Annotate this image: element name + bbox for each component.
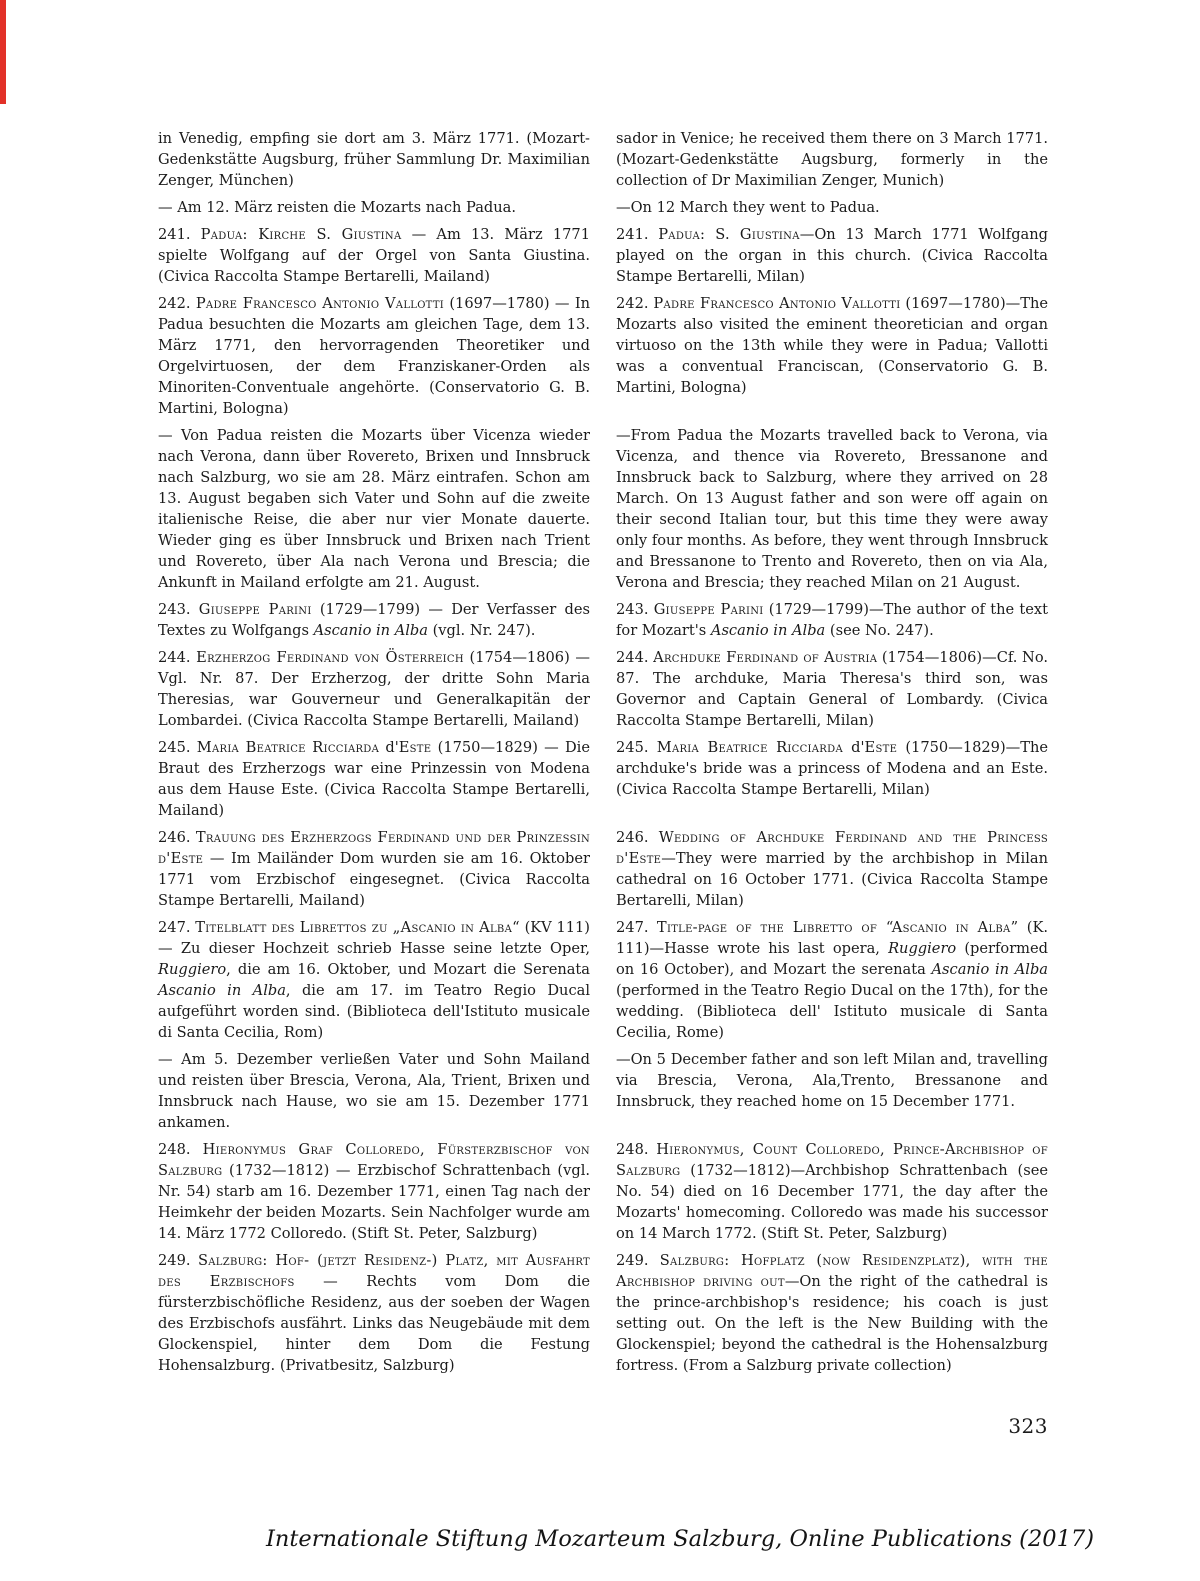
- text-entry: sador in Venice; he received them there …: [616, 128, 1048, 191]
- small-caps-text: Giuseppe Parini: [199, 601, 312, 618]
- body-text: 242.: [158, 295, 196, 312]
- italic-text: Ruggiero: [888, 940, 956, 957]
- text-entry: 243. Giuseppe Parini (1729—1799)—The aut…: [616, 599, 1048, 641]
- entry-row: 249. Salzburg: Hof- (jetzt Residenz-) Pl…: [158, 1250, 1048, 1376]
- body-text: 241.: [158, 226, 201, 243]
- text-entry: 243. Giuseppe Parini (1729—1799) — Der V…: [158, 599, 590, 641]
- small-caps-text: Este: [865, 739, 898, 756]
- red-edge-mark: [0, 0, 6, 104]
- body-text: —From Padua the Mozarts travelled back t…: [616, 427, 1048, 591]
- entry-row: 242. Padre Francesco Antonio Vallotti (1…: [158, 293, 1048, 419]
- small-caps-text: Padre Francesco Antonio Vallotti: [196, 295, 444, 312]
- text-entry: 241. Padua: S. Giustina—On 13 March 1771…: [616, 224, 1048, 287]
- body-text: 245.: [616, 739, 657, 756]
- entry-row: 246. Trauung des Erzherzogs Ferdinand un…: [158, 827, 1048, 911]
- text-entry: 242. Padre Francesco Antonio Vallotti (1…: [158, 293, 590, 419]
- text-entry: —From Padua the Mozarts travelled back t…: [616, 425, 1048, 593]
- body-text: 245.: [158, 739, 197, 756]
- entry-row: 243. Giuseppe Parini (1729—1799) — Der V…: [158, 599, 1048, 641]
- entry-cell-german: 241. Padua: Kirche S. Giustina — Am 13. …: [158, 224, 590, 287]
- body-text: 246.: [616, 829, 659, 846]
- body-text: 248.: [616, 1141, 656, 1158]
- body-text: (vgl. Nr. 247).: [428, 622, 535, 639]
- small-caps-text: Maria Beatrice Ricciarda: [197, 739, 379, 756]
- text-entry: in Venedig, empfing sie dort am 3. März …: [158, 128, 590, 191]
- italic-text: Ascanio in Alba: [314, 622, 428, 639]
- entry-cell-german: — Von Padua reisten die Mozarts über Vic…: [158, 425, 590, 593]
- body-text: 244.: [616, 649, 653, 666]
- entry-cell-german: 243. Giuseppe Parini (1729—1799) — Der V…: [158, 599, 590, 641]
- entry-cell-german: 248. Hieronymus Graf Colloredo, Fürsterz…: [158, 1139, 590, 1244]
- body-text: — Im Mailänder Dom wurden sie am 16. Okt…: [158, 850, 590, 909]
- entry-cell-english: 242. Padre Francesco Antonio Vallotti (1…: [616, 293, 1048, 419]
- entry-row: 241. Padua: Kirche S. Giustina — Am 13. …: [158, 224, 1048, 287]
- entry-cell-english: 243. Giuseppe Parini (1729—1799)—The aut…: [616, 599, 1048, 641]
- body-text: (see No. 247).: [825, 622, 934, 639]
- entry-row: — Am 5. Dezember verließen Vater und Soh…: [158, 1049, 1048, 1133]
- italic-text: Ascanio in Alba: [711, 622, 825, 639]
- body-text: d': [379, 739, 399, 756]
- text-entry: 246. Trauung des Erzherzogs Ferdinand un…: [158, 827, 590, 911]
- entry-cell-english: 244. Archduke Ferdinand of Austria (1754…: [616, 647, 1048, 731]
- entry-row: 245. Maria Beatrice Ricciarda d'Este (17…: [158, 737, 1048, 821]
- italic-text: Ascanio in Alba: [158, 982, 286, 999]
- entry-cell-german: in Venedig, empfing sie dort am 3. März …: [158, 128, 590, 191]
- book-page: in Venedig, empfing sie dort am 3. März …: [0, 0, 1200, 1581]
- body-text: 247.: [158, 919, 195, 936]
- entry-cell-german: — Am 12. März reisten die Mozarts nach P…: [158, 197, 590, 218]
- body-text: — Am 5. Dezember verließen Vater und Soh…: [158, 1051, 590, 1131]
- small-caps-text: Padua: Kirche S. Giustina: [201, 226, 402, 243]
- text-entry: — Am 12. März reisten die Mozarts nach P…: [158, 197, 590, 218]
- body-text: — Am 12. März reisten die Mozarts nach P…: [158, 199, 516, 216]
- entry-cell-german: 247. Titelblatt des Librettos zu „Ascani…: [158, 917, 590, 1043]
- italic-text: Ruggiero: [158, 961, 226, 978]
- small-caps-text: Padua: S. Giustina: [658, 226, 800, 243]
- body-text: 243.: [158, 601, 199, 618]
- entry-cell-german: 246. Trauung des Erzherzogs Ferdinand un…: [158, 827, 590, 911]
- small-caps-text: Archduke Ferdinand of Austria: [653, 649, 877, 666]
- entry-row: — Von Padua reisten die Mozarts über Vic…: [158, 425, 1048, 593]
- entry-cell-english: 248. Hieronymus, Count Colloredo, Prince…: [616, 1139, 1048, 1244]
- entry-cell-english: sador in Venice; he received them there …: [616, 128, 1048, 191]
- small-caps-text: Erzherzog Ferdinand von Österreich: [196, 649, 464, 666]
- text-entry: 245. Maria Beatrice Ricciarda d'Este (17…: [158, 737, 590, 821]
- body-text: 247.: [616, 919, 657, 936]
- entry-cell-english: 246. Wedding of Archduke Ferdinand and t…: [616, 827, 1048, 911]
- body-text: —They were married by the archbishop in …: [616, 850, 1048, 909]
- body-text: (performed in the Teatro Regio Ducal on …: [616, 982, 1048, 1041]
- small-caps-text: Giuseppe Parini: [654, 601, 764, 618]
- entry-row: 248. Hieronymus Graf Colloredo, Fürsterz…: [158, 1139, 1048, 1244]
- entry-cell-english: 249. Salzburg: Hofplatz (now Residenzpla…: [616, 1250, 1048, 1376]
- entry-cell-english: 245. Maria Beatrice Ricciarda d'Este (17…: [616, 737, 1048, 821]
- text-entry: —On 5 December father and son left Milan…: [616, 1049, 1048, 1112]
- entry-row: in Venedig, empfing sie dort am 3. März …: [158, 128, 1048, 191]
- entry-cell-english: 247. Title-page of the Libretto of “Asca…: [616, 917, 1048, 1043]
- body-text: 246.: [158, 829, 196, 846]
- body-text: 243.: [616, 601, 654, 618]
- text-entry: 249. Salzburg: Hofplatz (now Residenzpla…: [616, 1250, 1048, 1376]
- entry-cell-german: 242. Padre Francesco Antonio Vallotti (1…: [158, 293, 590, 419]
- body-text: —On 5 December father and son left Milan…: [616, 1051, 1048, 1110]
- text-entry: 248. Hieronymus Graf Colloredo, Fürsterz…: [158, 1139, 590, 1244]
- entry-cell-english: —On 5 December father and son left Milan…: [616, 1049, 1048, 1133]
- entry-cell-german: — Am 5. Dezember verließen Vater und Soh…: [158, 1049, 590, 1133]
- text-entry: 241. Padua: Kirche S. Giustina — Am 13. …: [158, 224, 590, 287]
- entry-cell-english: —From Padua the Mozarts travelled back t…: [616, 425, 1048, 593]
- footer-credit: Internationale Stiftung Mozarteum Salzbu…: [260, 1526, 1100, 1552]
- entry-cell-german: 245. Maria Beatrice Ricciarda d'Este (17…: [158, 737, 590, 821]
- body-text: sador in Venice; he received them there …: [616, 130, 1048, 189]
- text-entry: 244. Erzherzog Ferdinand von Österreich …: [158, 647, 590, 731]
- body-text: d': [843, 739, 865, 756]
- entry-cell-german: 244. Erzherzog Ferdinand von Österreich …: [158, 647, 590, 731]
- body-text: , die am 16. Oktober, und Mozart die Ser…: [226, 961, 590, 978]
- small-caps-text: Titelblatt des Librettos zu „Ascanio in …: [195, 919, 520, 936]
- body-text: in Venedig, empfing sie dort am 3. März …: [158, 130, 590, 189]
- body-text: —On 12 March they went to Padua.: [616, 199, 880, 216]
- text-entry: 242. Padre Francesco Antonio Vallotti (1…: [616, 293, 1048, 398]
- text-entry: 244. Archduke Ferdinand of Austria (1754…: [616, 647, 1048, 731]
- small-caps-text: Este: [399, 739, 432, 756]
- body-text: 249.: [616, 1252, 660, 1269]
- body-text: 244.: [158, 649, 196, 666]
- entry-row: 244. Erzherzog Ferdinand von Österreich …: [158, 647, 1048, 731]
- body-text: 242.: [616, 295, 653, 312]
- entry-cell-english: 241. Padua: S. Giustina—On 13 March 1771…: [616, 224, 1048, 287]
- text-entry: 249. Salzburg: Hof- (jetzt Residenz-) Pl…: [158, 1250, 590, 1376]
- text-entry: 245. Maria Beatrice Ricciarda d'Este (17…: [616, 737, 1048, 800]
- small-caps-text: Padre Francesco Antonio Vallotti: [653, 295, 900, 312]
- entry-cell-german: 249. Salzburg: Hof- (jetzt Residenz-) Pl…: [158, 1250, 590, 1376]
- text-entry: — Am 5. Dezember verließen Vater und Soh…: [158, 1049, 590, 1133]
- text-entry: 247. Title-page of the Libretto of “Asca…: [616, 917, 1048, 1043]
- text-rows: in Venedig, empfing sie dort am 3. März …: [158, 128, 1048, 1382]
- text-entry: 248. Hieronymus, Count Colloredo, Prince…: [616, 1139, 1048, 1244]
- text-entry: —On 12 March they went to Padua.: [616, 197, 1048, 218]
- body-text: 241.: [616, 226, 658, 243]
- body-text: 249.: [158, 1252, 198, 1269]
- body-text: (1697—1780) — In Padua besuchten die Moz…: [158, 295, 590, 417]
- body-text: (1732—1812) — Erzbischof Schrattenbach (…: [158, 1162, 590, 1242]
- body-text: — Von Padua reisten die Mozarts über Vic…: [158, 427, 590, 591]
- entry-row: — Am 12. März reisten die Mozarts nach P…: [158, 197, 1048, 218]
- text-entry: 246. Wedding of Archduke Ferdinand and t…: [616, 827, 1048, 911]
- text-entry: 247. Titelblatt des Librettos zu „Ascani…: [158, 917, 590, 1043]
- text-entry: — Von Padua reisten die Mozarts über Vic…: [158, 425, 590, 593]
- body-text: (1732—1812)—Archbishop Schrattenbach (se…: [616, 1162, 1048, 1242]
- entry-cell-english: —On 12 March they went to Padua.: [616, 197, 1048, 218]
- italic-text: Ascanio in Alba: [932, 961, 1049, 978]
- body-text: 248.: [158, 1141, 203, 1158]
- small-caps-text: Maria Beatrice Ricciarda: [657, 739, 843, 756]
- entry-row: 247. Titelblatt des Librettos zu „Ascani…: [158, 917, 1048, 1043]
- page-number: 323: [1002, 1414, 1048, 1438]
- small-caps-text: Title-page of the Libretto of “Ascanio i…: [657, 919, 1018, 936]
